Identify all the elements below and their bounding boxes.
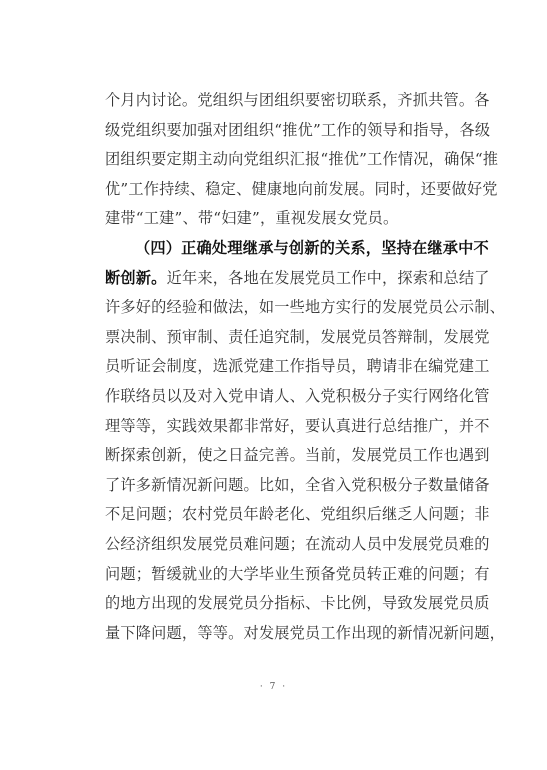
line-text: 断探索创新，使之日益完善。当前，发展党员工作也遇到 [105, 446, 490, 464]
text-line: 量下降问题，等等。对发展党员工作出现的新情况新问题， [105, 619, 471, 649]
text-line: 团组织要定期主动向党组织汇报“推优”工作情况，确保“推 [105, 145, 471, 175]
line-text: 量下降问题，等等。对发展党员工作出现的新情况新问题， [105, 624, 505, 642]
text-line: 不足问题；农村党员年龄老化、党组织后继乏人问题；非 [105, 500, 471, 530]
text-line: 公经济组织发展党员难问题；在流动人员中发展党员难的 [105, 530, 471, 560]
line-text: 公经济组织发展党员难问题；在流动人员中发展党员难的 [105, 535, 490, 553]
line-text: 个月内讨论。党组织与团组织要密切联系，齐抓共管。各 [105, 91, 490, 109]
text-line: 的地方出现的发展党员分指标、卡比例，导致发展党员质 [105, 589, 471, 619]
line-text: 团组织要定期主动向党组织汇报“推优”工作情况，确保“推 [105, 150, 498, 168]
line-text: 票决制、预审制、责任追究制，发展党员答辩制，发展党 [105, 328, 490, 346]
text-line: 个月内讨论。党组织与团组织要密切联系，齐抓共管。各 [105, 86, 471, 116]
text-line: 断探索创新，使之日益完善。当前，发展党员工作也遇到 [105, 441, 471, 471]
line-text: 许多好的经验和做法，如一些地方实行的发展党员公示制、 [105, 298, 505, 316]
line-text: 问题；暂缓就业的大学毕业生预备党员转正难的问题；有 [105, 565, 490, 583]
body-text: 个月内讨论。党组织与团组织要密切联系，齐抓共管。各 级党组织要加强对团组织“推优… [105, 86, 471, 648]
line-text: 了许多新情况新问题。比如，全省入党积极分子数量储备 [105, 476, 490, 494]
section-heading: （四）正确处理继承与创新的关系，坚持在继承中不 [135, 239, 489, 257]
text-line: 作联络员以及对入党申请人、入党积极分子实行网络化管 [105, 382, 471, 412]
section-heading-line: （四）正确处理继承与创新的关系，坚持在继承中不 [105, 234, 471, 264]
line-text: 优”工作持续、稳定、健康地向前发展。同时，还要做好党 [105, 180, 498, 198]
page-number: · 7 · [0, 682, 547, 692]
line-text: 员听证会制度，选派党建工作指导员，聘请非在编党建工 [105, 357, 490, 375]
section-heading-continued: 断创新。 [105, 269, 167, 287]
text-line: 问题；暂缓就业的大学毕业生预备党员转正难的问题；有 [105, 560, 471, 590]
line-text: 级党组织要加强对团组织“推优”工作的领导和指导，各级 [105, 121, 490, 139]
text-line: 建带“工建”、带“妇建”，重视发展女党员。 [105, 204, 471, 234]
text-line: 理等等，实践效果都非常好，要认真进行总结推广，并不 [105, 412, 471, 442]
line-text: 的地方出现的发展党员分指标、卡比例，导致发展党员质 [105, 594, 490, 612]
text-line: 员听证会制度，选派党建工作指导员，聘请非在编党建工 [105, 352, 471, 382]
line-text: 不足问题；农村党员年龄老化、党组织后继乏人问题；非 [105, 505, 490, 523]
text-line: 断创新。近年来，各地在发展党员工作中，探索和总结了 [105, 264, 471, 294]
text-line: 许多好的经验和做法，如一些地方实行的发展党员公示制、 [105, 293, 471, 323]
text-line: 票决制、预审制、责任追究制，发展党员答辩制，发展党 [105, 323, 471, 353]
text-line: 优”工作持续、稳定、健康地向前发展。同时，还要做好党 [105, 175, 471, 205]
line-text: 建带“工建”、带“妇建”，重视发展女党员。 [105, 209, 398, 227]
text-line: 了许多新情况新问题。比如，全省入党积极分子数量储备 [105, 471, 471, 501]
line-text: 理等等，实践效果都非常好，要认真进行总结推广，并不 [105, 417, 490, 435]
line-text: 近年来，各地在发展党员工作中，探索和总结了 [167, 269, 490, 287]
text-line: 级党组织要加强对团组织“推优”工作的领导和指导，各级 [105, 116, 471, 146]
line-text: 作联络员以及对入党申请人、入党积极分子实行网络化管 [105, 387, 490, 405]
document-page: 个月内讨论。党组织与团组织要密切联系，齐抓共管。各 级党组织要加强对团组织“推优… [0, 0, 547, 770]
